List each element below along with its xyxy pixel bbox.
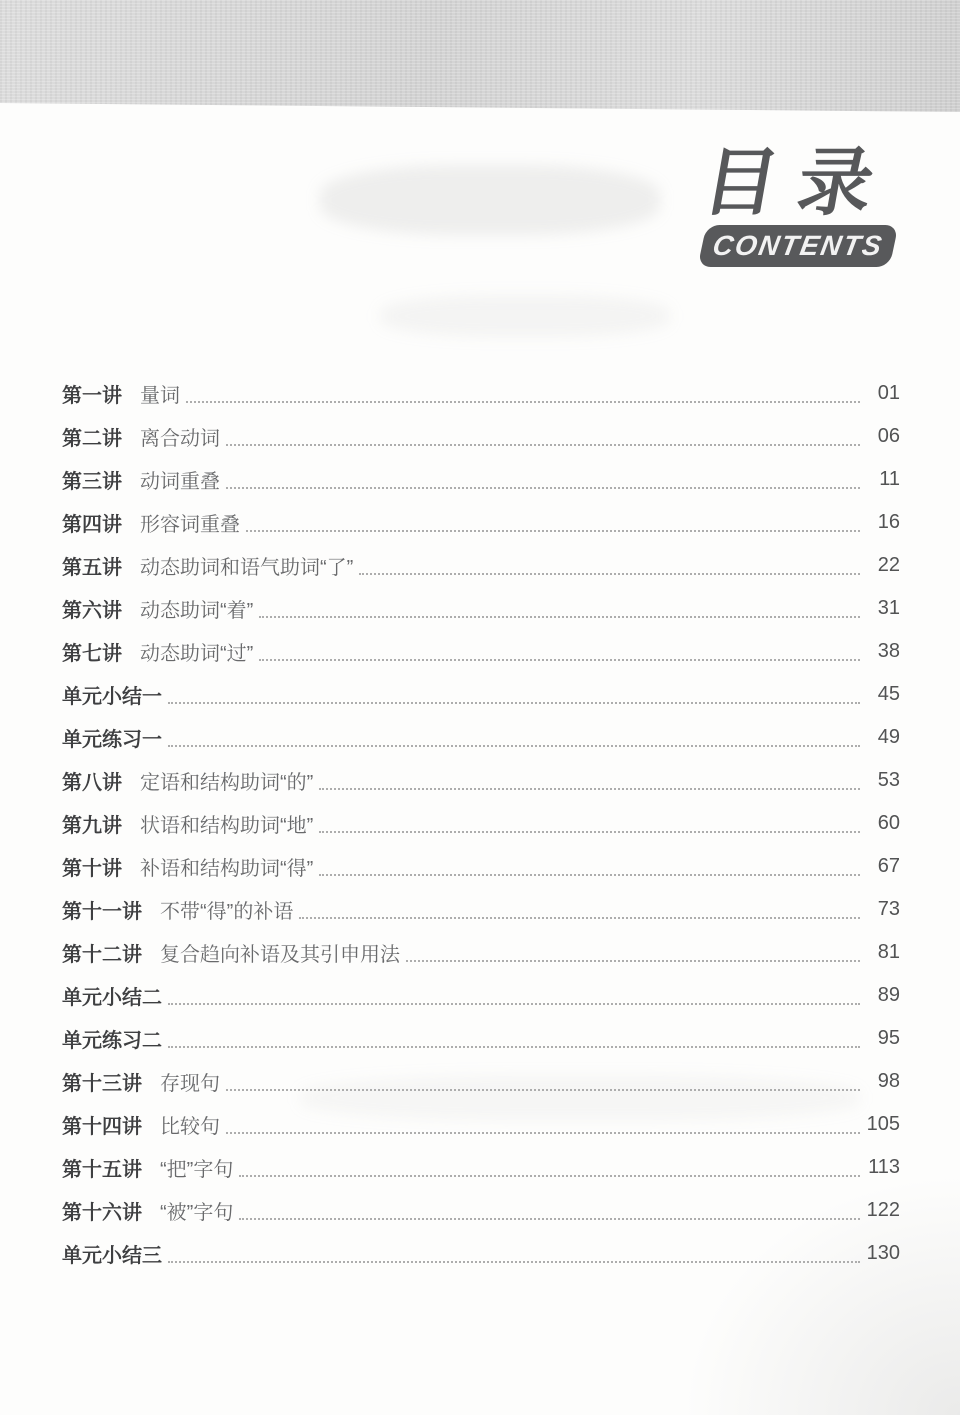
toc-entry-page-number: 16: [864, 511, 900, 534]
page-top-scan-band: [0, 0, 960, 112]
toc-entry-label: 第八讲: [62, 766, 122, 795]
toc-entry-title: 形容词重叠: [140, 508, 240, 537]
toc-entry: 第八讲 定语和结构助词“的” 53: [62, 759, 900, 802]
toc-leader-dots: [259, 643, 860, 661]
toc-entry-page-number: 130: [864, 1242, 900, 1265]
toc-entry-label: 第十四讲: [62, 1110, 142, 1139]
toc-entry-title: “把”字句: [160, 1153, 233, 1182]
toc-entry: 第七讲 动态助词“过” 38: [62, 630, 900, 673]
toc-leader-dots: [186, 385, 860, 403]
toc-entry-page-number: 45: [864, 683, 900, 706]
toc-entry: 第三讲 动词重叠 11: [62, 458, 900, 501]
toc-entry-title: 补语和结构助词“得”: [140, 852, 313, 881]
toc-entry: 第六讲 动态助词“着” 31: [62, 587, 900, 630]
toc-entry-label: 第一讲: [62, 379, 122, 408]
toc-leader-dots: [226, 428, 860, 446]
toc-leader-dots: [319, 772, 860, 790]
toc-entry-page-number: 06: [864, 425, 900, 448]
toc-entry-page-number: 31: [864, 597, 900, 620]
toc-entry-label: 第十三讲: [62, 1067, 142, 1096]
toc-leader-dots: [168, 1245, 860, 1263]
toc-entry-title: 动态助词“过”: [140, 637, 253, 666]
toc-entry-title: 量词: [140, 379, 180, 408]
toc-entry-label: 第三讲: [62, 465, 122, 494]
toc-entry: 第十一讲 不带“得”的补语 73: [62, 888, 900, 931]
contents-logo: 目 录 CONTENTS: [702, 145, 894, 267]
toc-leader-dots: [406, 944, 860, 962]
toc-leader-dots: [168, 987, 860, 1005]
toc-entry-page-number: 73: [864, 898, 900, 921]
toc-entry: 第十三讲 存现句 98: [62, 1060, 900, 1103]
toc-entry-label: 第五讲: [62, 551, 122, 580]
scanned-toc-page: 目 录 CONTENTS 第一讲 量词 01 第二讲 离合动词 06 第三讲 动…: [0, 0, 960, 1415]
toc-entry-label: 第六讲: [62, 594, 122, 623]
toc-entry-title: 状语和结构助词“地”: [140, 809, 313, 838]
toc-entry-page-number: 122: [864, 1199, 900, 1222]
toc-entry-title: 动态助词“着”: [140, 594, 253, 623]
toc-entry-page-number: 22: [864, 554, 900, 577]
toc-entry-title: 复合趋向补语及其引申用法: [160, 938, 400, 967]
toc-entry-label: 第十一讲: [62, 895, 142, 924]
toc-entry-label: 第七讲: [62, 637, 122, 666]
contents-logo-pill: CONTENTS: [698, 225, 899, 267]
toc-entry-page-number: 89: [864, 984, 900, 1007]
toc-entry: 第十讲 补语和结构助词“得” 67: [62, 845, 900, 888]
toc-entry-label: 第四讲: [62, 508, 122, 537]
toc-leader-dots: [239, 1159, 860, 1177]
toc-leader-dots: [359, 557, 860, 575]
toc-entry: 第一讲 量词 01: [62, 372, 900, 415]
toc-entry-title: “被”字句: [160, 1196, 233, 1225]
toc-entry: 第十六讲 “被”字句 122: [62, 1189, 900, 1232]
toc-leader-dots: [168, 686, 860, 704]
contents-logo-english-title: CONTENTS: [710, 230, 886, 262]
toc-entry-label: 第十讲: [62, 852, 122, 881]
toc-entry-page-number: 98: [864, 1070, 900, 1093]
toc-entry-page-number: 11: [864, 468, 900, 491]
toc-entry-label: 第十二讲: [62, 938, 142, 967]
contents-logo-chinese-title: 目 录: [695, 145, 900, 221]
toc-leader-dots: [319, 815, 860, 833]
toc-entry-label: 单元练习二: [62, 1024, 162, 1053]
toc-entry: 单元练习二 95: [62, 1017, 900, 1060]
toc-entry: 单元小结二 89: [62, 974, 900, 1017]
toc-entry: 第十二讲 复合趋向补语及其引申用法 81: [62, 931, 900, 974]
toc-entry: 单元小结一 45: [62, 673, 900, 716]
toc-entry-label: 第十六讲: [62, 1196, 142, 1225]
toc-leader-dots: [226, 471, 860, 489]
toc-entry: 第四讲 形容词重叠 16: [62, 501, 900, 544]
toc-entry-title: 动词重叠: [140, 465, 220, 494]
toc-entry-title: 存现句: [160, 1067, 220, 1096]
toc-leader-dots: [168, 1030, 860, 1048]
toc-entry-page-number: 67: [864, 855, 900, 878]
scan-bleed-artifact: [320, 165, 660, 235]
toc-entry-page-number: 53: [864, 769, 900, 792]
toc-entry: 单元小结三 130: [62, 1232, 900, 1275]
toc-entry-page-number: 95: [864, 1027, 900, 1050]
toc-leader-dots: [246, 514, 860, 532]
toc-list: 第一讲 量词 01 第二讲 离合动词 06 第三讲 动词重叠 11 第四讲 形容…: [62, 372, 900, 1275]
toc-entry-page-number: 113: [864, 1156, 900, 1179]
toc-entry-title: 比较句: [160, 1110, 220, 1139]
toc-entry-title: 定语和结构助词“的”: [140, 766, 313, 795]
toc-entry-page-number: 38: [864, 640, 900, 663]
toc-entry-title: 离合动词: [140, 422, 220, 451]
toc-entry-title: 动态助词和语气助词“了”: [140, 551, 353, 580]
scan-bleed-artifact: [380, 295, 670, 337]
toc-leader-dots: [259, 600, 860, 618]
toc-leader-dots: [299, 901, 860, 919]
toc-entry-title: 不带“得”的补语: [160, 895, 293, 924]
toc-entry-label: 单元练习一: [62, 723, 162, 752]
toc-entry-page-number: 105: [864, 1113, 900, 1136]
toc-leader-dots: [239, 1202, 860, 1220]
toc-leader-dots: [226, 1116, 860, 1134]
toc-entry: 第十四讲 比较句 105: [62, 1103, 900, 1146]
toc-entry-page-number: 81: [864, 941, 900, 964]
toc-entry-page-number: 60: [864, 812, 900, 835]
toc-entry: 第十五讲 “把”字句 113: [62, 1146, 900, 1189]
toc-entry-page-number: 01: [864, 382, 900, 405]
toc-entry: 第九讲 状语和结构助词“地” 60: [62, 802, 900, 845]
toc-entry-label: 第十五讲: [62, 1153, 142, 1182]
toc-entry: 单元练习一 49: [62, 716, 900, 759]
toc-entry-label: 第二讲: [62, 422, 122, 451]
toc-entry-label: 单元小结二: [62, 981, 162, 1010]
toc-leader-dots: [168, 729, 860, 747]
toc-entry-page-number: 49: [864, 726, 900, 749]
toc-entry: 第二讲 离合动词 06: [62, 415, 900, 458]
toc-entry-label: 单元小结三: [62, 1239, 162, 1268]
toc-leader-dots: [226, 1073, 860, 1091]
toc-entry-label: 第九讲: [62, 809, 122, 838]
toc-entry-label: 单元小结一: [62, 680, 162, 709]
toc-entry: 第五讲 动态助词和语气助词“了” 22: [62, 544, 900, 587]
toc-leader-dots: [319, 858, 860, 876]
